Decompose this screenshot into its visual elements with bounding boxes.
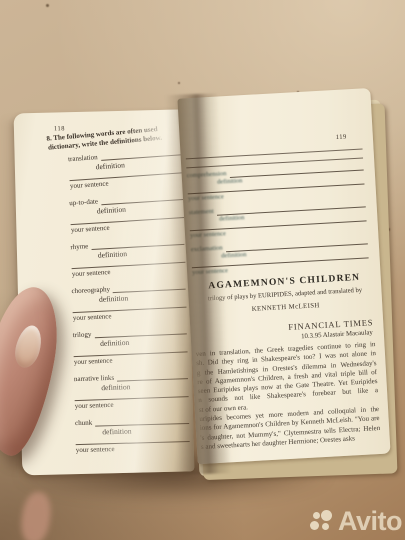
- word-label: translation: [68, 153, 98, 163]
- word-label: up-to-date: [69, 197, 98, 207]
- word-label: statement: [189, 208, 214, 217]
- word-label: trilogy: [73, 330, 92, 339]
- word-entry-blurred: statement definition your sentence: [189, 199, 367, 240]
- word-entry: choreography definition your sentence: [71, 281, 187, 324]
- avito-wordmark: Avito: [338, 508, 402, 535]
- word-entry-blurred: comprehension definition your sentence: [187, 162, 365, 203]
- logo-dot: [310, 521, 319, 530]
- definition-label: definition: [102, 425, 189, 436]
- avito-watermark: Avito: [309, 508, 402, 535]
- photo-scene: 118 8. The following words are often use…: [0, 0, 405, 540]
- left-entries: translation definition your sentence up-…: [69, 151, 190, 462]
- table-speck: [46, 4, 49, 7]
- open-book: 118 8. The following words are often use…: [9, 90, 392, 495]
- definition-label: definition: [101, 380, 188, 392]
- logo-dot: [313, 512, 320, 519]
- logo-dot: [322, 523, 329, 530]
- word-entry: translation definition your sentence: [68, 146, 184, 191]
- word-entry: trilogy definition your sentence: [73, 325, 188, 367]
- page-number: 118: [54, 125, 65, 132]
- word-label: narrative links: [74, 374, 115, 383]
- word-entry-blurred: exclamation definition your sentence: [191, 236, 369, 277]
- right-page: 119 comprehension definition your senten…: [177, 88, 390, 464]
- page-number: 119: [336, 133, 347, 141]
- word-label: chunk: [75, 419, 92, 427]
- thumb-nail: [11, 323, 45, 371]
- your-sentence-label: your sentence: [76, 443, 190, 455]
- article-header: AGAMEMNON'S CHILDREN trilogy of plays by…: [188, 272, 384, 347]
- table-speck: [178, 82, 180, 84]
- word-label: rhyme: [70, 242, 88, 251]
- word-entry: up-to-date definition your sentence: [69, 191, 185, 235]
- logo-dot: [321, 510, 332, 521]
- right-blurred-entries: comprehension definition your sentence s…: [187, 162, 370, 283]
- word-entry: rhyme definition your sentence: [70, 236, 186, 279]
- word-entry: chunk definition your sentence: [75, 415, 190, 455]
- review-body: ven in translation, the Greek tragedies …: [195, 340, 380, 452]
- word-entry: narrative links definition your sentence: [74, 370, 189, 411]
- avito-logo-dots-icon: [309, 510, 333, 534]
- rule-line: [186, 149, 363, 160]
- word-label: exclamation: [191, 244, 223, 254]
